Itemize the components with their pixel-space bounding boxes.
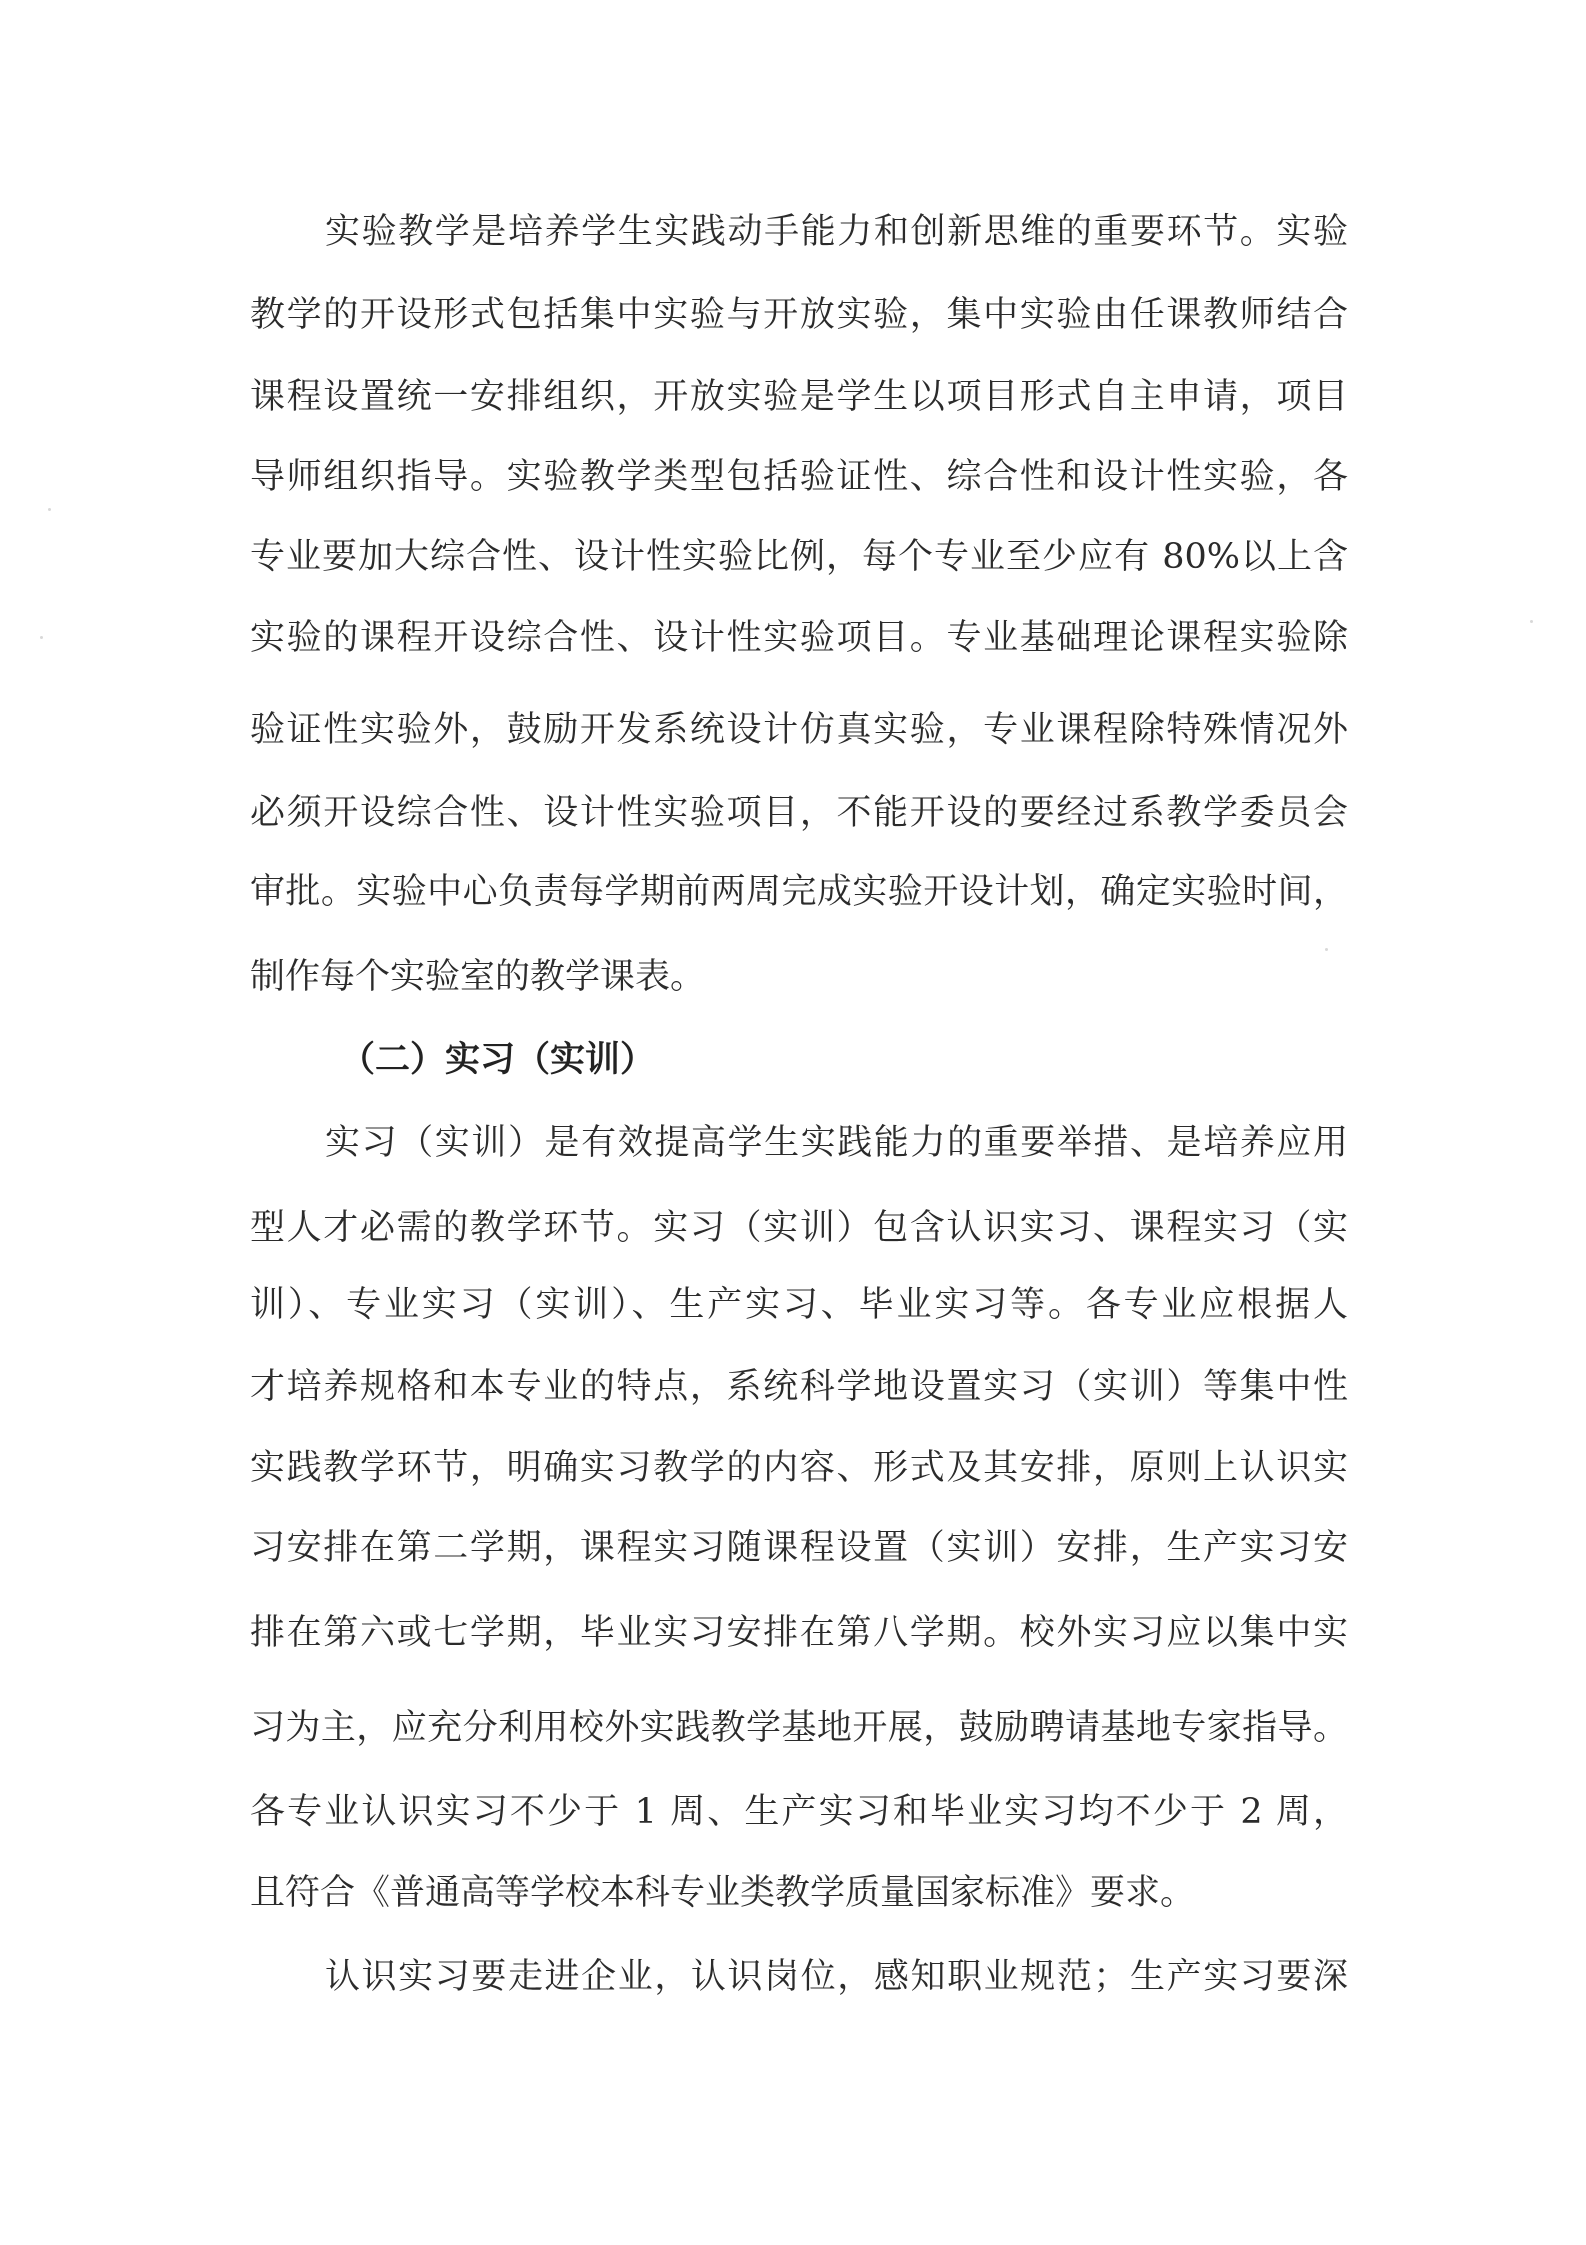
paragraph-line: 制作每个实验室的教学课表。 xyxy=(250,955,1348,999)
scan-speck xyxy=(1325,948,1328,951)
paragraph-line: 且符合《普通高等学校本科专业类教学质量国家标准》要求。 xyxy=(250,1871,1348,1915)
scan-speck xyxy=(40,636,43,639)
paragraph-line: 实习（实训）是有效提高学生实践能力的重要举措、是培养应用 xyxy=(325,1121,1348,1165)
paragraph-line: 实践教学环节，明确实习教学的内容、形式及其安排，原则上认识实 xyxy=(250,1446,1348,1490)
scan-speck xyxy=(48,508,51,511)
paragraph-line: 训）、专业实习（实训）、生产实习、毕业实习等。各专业应根据人 xyxy=(250,1283,1348,1327)
paragraph-line: 实验的课程开设综合性、设计性实验项目。专业基础理论课程实验除 xyxy=(250,616,1348,660)
paragraph-line: 实验教学是培养学生实践动手能力和创新思维的重要环节。实验 xyxy=(325,210,1348,254)
paragraph-line: 验证性实验外，鼓励开发系统设计仿真实验，专业课程除特殊情况外 xyxy=(250,708,1348,752)
paragraph-line: 习为主，应充分利用校外实践教学基地开展，鼓励聘请基地专家指导。 xyxy=(250,1706,1348,1750)
paragraph-line: 课程设置统一安排组织，开放实验是学生以项目形式自主申请，项目 xyxy=(250,375,1348,419)
paragraph-line: 型人才必需的教学环节。实习（实训）包含认识实习、课程实习（实 xyxy=(250,1206,1348,1250)
paragraph-line: 排在第六或七学期，毕业实习安排在第八学期。校外实习应以集中实 xyxy=(250,1611,1348,1655)
paragraph-line: 导师组织指导。实验教学类型包括验证性、综合性和设计性实验，各 xyxy=(250,455,1348,499)
paragraph-line: 习安排在第二学期，课程实习随课程设置（实训）安排，生产实习安 xyxy=(250,1526,1348,1570)
paragraph-line: 必须开设综合性、设计性实验项目，不能开设的要经过系教学委员会 xyxy=(250,791,1348,835)
paragraph-line: 专业要加大综合性、设计性实验比例，每个专业至少应有 80%以上含 xyxy=(250,535,1348,579)
paragraph-line: 教学的开设形式包括集中实验与开放实验，集中实验由任课教师结合 xyxy=(250,293,1348,337)
section-heading: （二）实习（实训） xyxy=(340,1038,655,1082)
paragraph-line: 审批。实验中心负责每学期前两周完成实验开设计划，确定实验时间， xyxy=(250,870,1348,914)
paragraph-line: 认识实习要走进企业，认识岗位，感知职业规范；生产实习要深 xyxy=(325,1955,1348,1999)
paragraph-line: 各专业认识实习不少于 1 周、生产实习和毕业实习均不少于 2 周， xyxy=(250,1790,1348,1834)
paragraph-line: 才培养规格和本专业的特点，系统科学地设置实习（实训）等集中性 xyxy=(250,1365,1348,1409)
scan-speck xyxy=(1530,620,1533,623)
document-page: 实验教学是培养学生实践动手能力和创新思维的重要环节。实验 教学的开设形式包括集中… xyxy=(0,0,1586,2245)
